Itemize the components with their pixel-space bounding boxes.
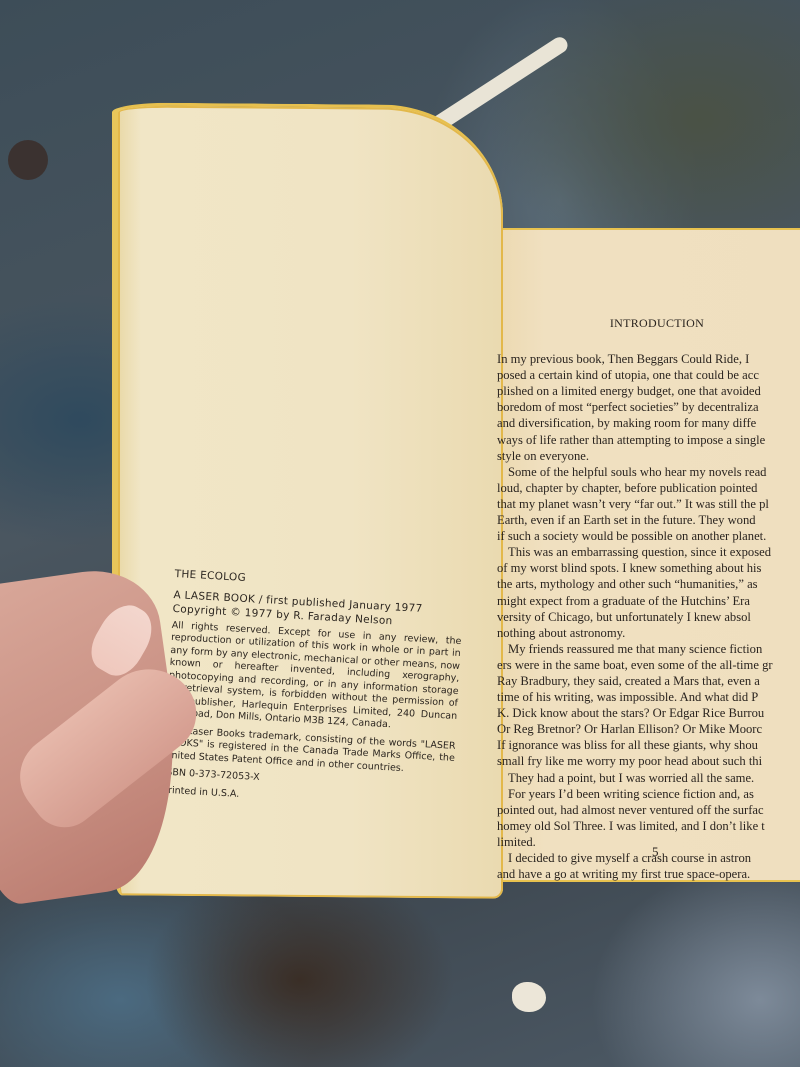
text-line: If ignorance was bliss for all these gia… <box>497 737 800 753</box>
paint-spot <box>512 982 546 1012</box>
copyright-page-text: THE ECOLOG A LASER BOOK / first publishe… <box>162 568 465 818</box>
text-line: that my planet wasn’t very “far out.” It… <box>497 496 800 512</box>
introduction-body: In my previous book, Then Beggars Could … <box>497 351 800 882</box>
text-line: if such a society would be possible on a… <box>497 528 800 544</box>
page-number: 5 <box>652 844 659 860</box>
surface-stain <box>8 140 48 180</box>
text-line: ways of life rather than attempting to i… <box>497 432 800 448</box>
text-line: time of his writing, was impossible. And… <box>497 689 800 705</box>
rights-notice: All rights reserved. Except for use in a… <box>167 619 462 735</box>
text-line: I decided to give myself a crash course … <box>497 850 800 866</box>
text-line: plished on a limited energy budget, one … <box>497 383 800 399</box>
text-line: limited. <box>497 834 800 850</box>
text-line: loud, chapter by chapter, before publica… <box>497 480 800 496</box>
text-line: This was an embarrassing question, since… <box>497 544 800 560</box>
text-line: the arts, mythology and other such “huma… <box>497 576 800 592</box>
text-line: nothing about astronomy. <box>497 625 800 641</box>
text-line: Some of the helpful souls who hear my no… <box>497 464 800 480</box>
text-line: Or Reg Bretnor? Or Harlan Ellison? Or Mi… <box>497 721 800 737</box>
text-line: versity of Chicago, but unfortunately I … <box>497 609 800 625</box>
text-line: For years I’d been writing science ficti… <box>497 786 800 802</box>
text-line: homey old Sol Three. I was limited, and … <box>497 818 800 834</box>
introduction-heading: INTRODUCTION <box>497 315 800 331</box>
text-line: of my worst blind spots. I knew somethin… <box>497 560 800 576</box>
text-line: style on everyone. <box>497 448 800 464</box>
text-line: ers were in the same boat, even some of … <box>497 657 800 673</box>
text-line: boredom of most “perfect societies” by d… <box>497 399 800 415</box>
text-line: Ray Bradbury, they said, created a Mars … <box>497 673 800 689</box>
text-line: pointed out, had almost never ventured o… <box>497 802 800 818</box>
text-line: and have a go at writing my first true s… <box>497 866 800 882</box>
text-line: My friends reassured me that many scienc… <box>497 641 800 657</box>
text-line: In my previous book, Then Beggars Could … <box>497 351 800 367</box>
text-line: might expect from a graduate of the Hutc… <box>497 593 800 609</box>
text-line: Earth, even if an Earth set in the futur… <box>497 512 800 528</box>
text-line: posed a certain kind of utopia, one that… <box>497 367 800 383</box>
text-line: K. Dick know about the stars? Or Edgar R… <box>497 705 800 721</box>
text-line: and diversification, by making room for … <box>497 415 800 431</box>
text-line: small fry like me worry my poor head abo… <box>497 753 800 769</box>
introduction-text: INTRODUCTION In my previous book, Then B… <box>497 315 800 882</box>
text-line: They had a point, but I was worried all … <box>497 770 800 786</box>
